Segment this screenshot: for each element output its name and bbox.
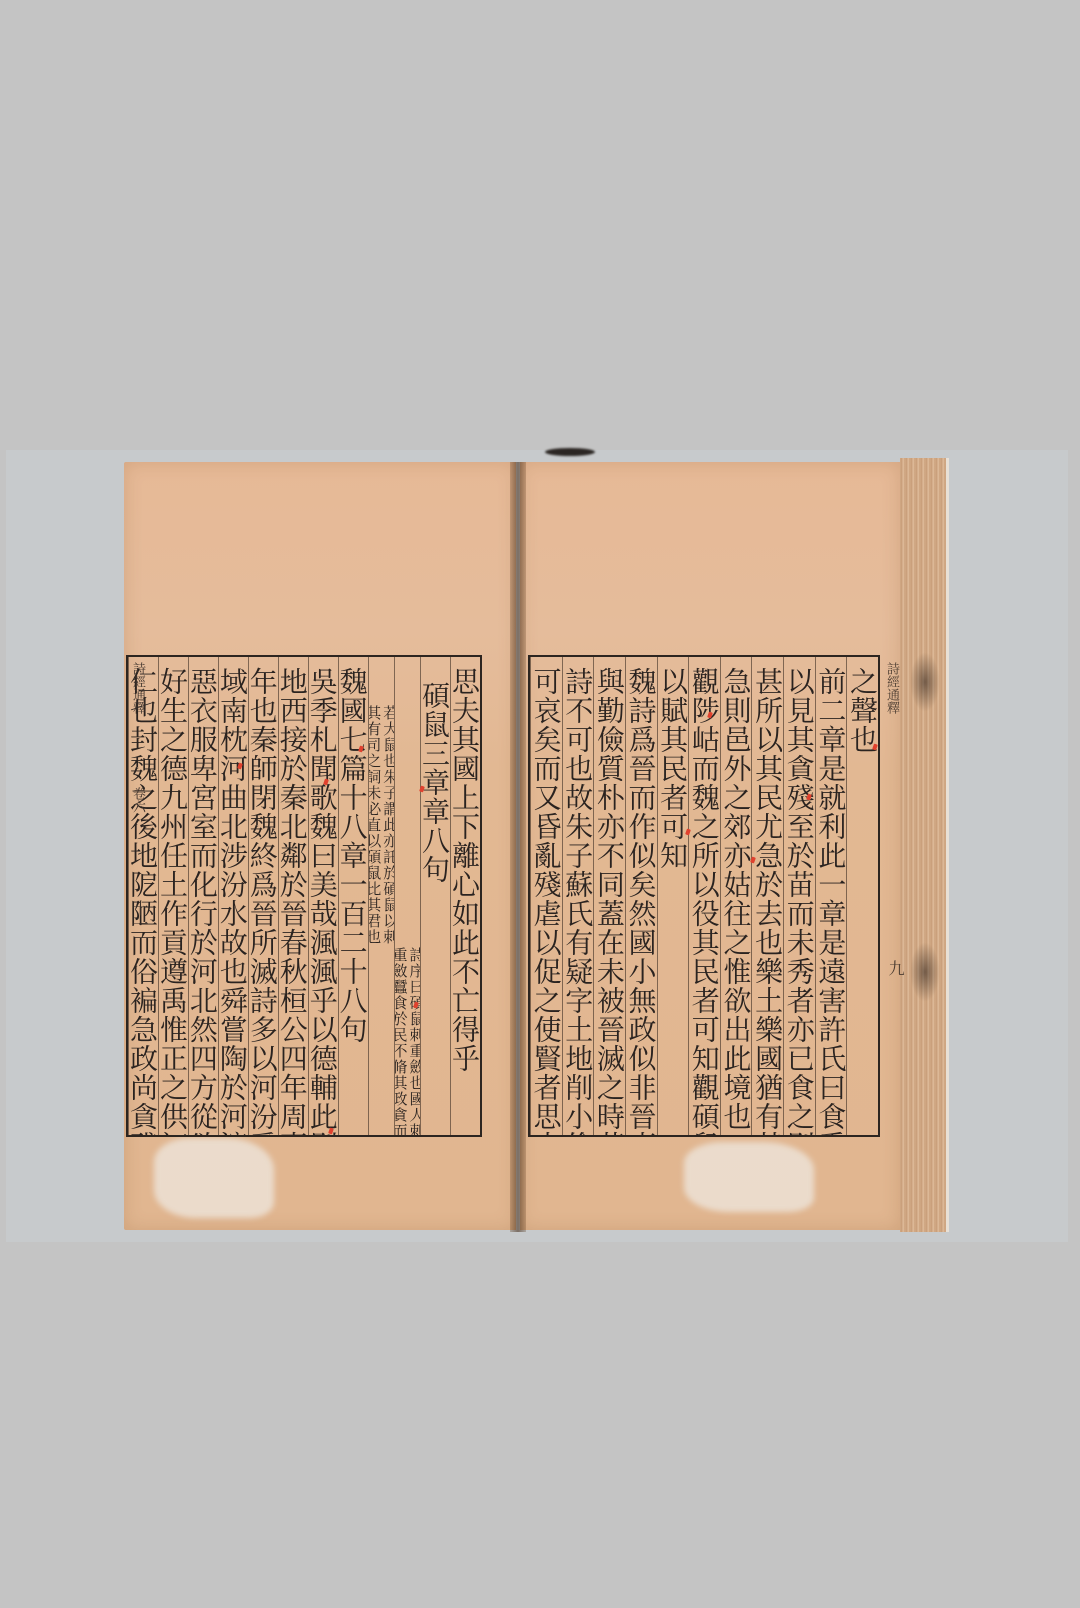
margin-page-number: 九 [884, 960, 907, 976]
margin-page-number: 十一 [128, 900, 151, 932]
text-column: 可哀矣而又昏亂殘虐以促之使賢者思去其位人民 [530, 657, 562, 1135]
text-column: 仁也封魏之後地阸陋而俗褊急政尚貪殘民無樂生 [128, 657, 158, 1135]
commentary-line: 詩序曰碩鼠刺重斂也國人刺其君 [408, 947, 420, 1135]
text-column: 好生之德九州任土作貢遵禹惟正之供初未嘗不寬 [158, 657, 188, 1135]
text-column: 地西接於秦北鄰於晉春秋桓公四年周惠王之十六 [278, 657, 308, 1135]
text-column: 碩鼠三章章八句 [420, 657, 450, 1135]
page-stack-edge [900, 458, 949, 1232]
text-column: 惡衣服卑宮室而化行於河北然四方從欲以治洽舜 [188, 657, 218, 1135]
text-column: 域南枕河曲北涉汾水故也舜嘗陶於河濱禹菲飲食 [218, 657, 248, 1135]
stack-ink-mark [910, 652, 940, 712]
commentary-column: 重斂蠶食於民不脩其政貪而畏人 詩序曰碩鼠刺重斂也國人刺其君 [394, 657, 420, 1135]
text-column: 與勤儉質朴亦不同蓋在未被晉滅之時若直以爲晉 [593, 657, 625, 1135]
clip-shadow [545, 448, 595, 456]
commentary-column: 其有司之詞未必直以碩鼠比其君也 若大鼠也朱子謂此亦託於碩鼠以刺 [368, 657, 394, 1135]
text-column: 前二章是就利此一章是遠害許氏曰食黍食麥固可 [815, 657, 847, 1135]
text-column: 魏詩爲晉而作似矣然國小無政似非晉事儉嗇褊急 [625, 657, 657, 1135]
left-text-frame: 思夫其國上下離心如此不亡得乎 碩鼠三章章八句 重斂蠶食於民不脩其政貪而畏人 詩序… [126, 655, 482, 1137]
text-column: 魏國七篇十八章一百二十八句 [338, 657, 368, 1135]
commentary-line: 重斂蠶食於民不脩其政貪而畏人 [394, 947, 407, 1135]
text-column: 甚所以其民尤急於去也樂土樂國猶有其所欲去之 [751, 657, 783, 1135]
paper-stain [684, 1142, 814, 1212]
book-gutter [510, 462, 526, 1232]
margin-book-title: 詩經通釋 [128, 662, 147, 714]
text-column: 詩不可也故朱子蘇氏有疑字土地削小儉嗇褊急已 [562, 657, 594, 1135]
text-column: 之聲也 [846, 657, 878, 1135]
text-column: 以見其貪殘至於苗而未秀者亦已食之則其貪虐尤 [783, 657, 815, 1135]
paper-stain [154, 1138, 274, 1218]
margin-volume: 卷六 [128, 787, 147, 813]
margin-book-title: 詩經通釋 [882, 662, 901, 714]
open-book: 思夫其國上下離心如此不亡得乎 碩鼠三章章八句 重斂蠶食於民不脩其政貪而畏人 詩序… [124, 462, 954, 1232]
text-column: 觀陟岵而魏之所以役其民者可知觀碩鼠而魏之所 [688, 657, 720, 1135]
text-column: 思夫其國上下離心如此不亡得乎 [450, 657, 480, 1135]
text-column: 吳季札聞歌魏曰美哉渢渢乎以德輔此則明主也魏 [308, 657, 338, 1135]
text-column: 年也秦師閉魏終爲晉所滅詩多以河汾爲言者其封 [248, 657, 278, 1135]
text-column: 以賦其民者可知 [657, 657, 689, 1135]
text-column: 急則邑外之郊亦姑往之惟欲出此境也 [720, 657, 752, 1135]
right-text-frame: 之聲也 前二章是就利此一章是遠害許氏曰食黍食麥固可 以見其貪殘至於苗而未秀者亦已… [528, 655, 880, 1137]
stack-ink-mark [910, 942, 940, 1002]
commentary-line: 若大鼠也朱子謂此亦託於碩鼠以刺 [382, 705, 394, 1135]
commentary-line: 其有司之詞未必直以碩鼠比其君也 [368, 705, 381, 1135]
